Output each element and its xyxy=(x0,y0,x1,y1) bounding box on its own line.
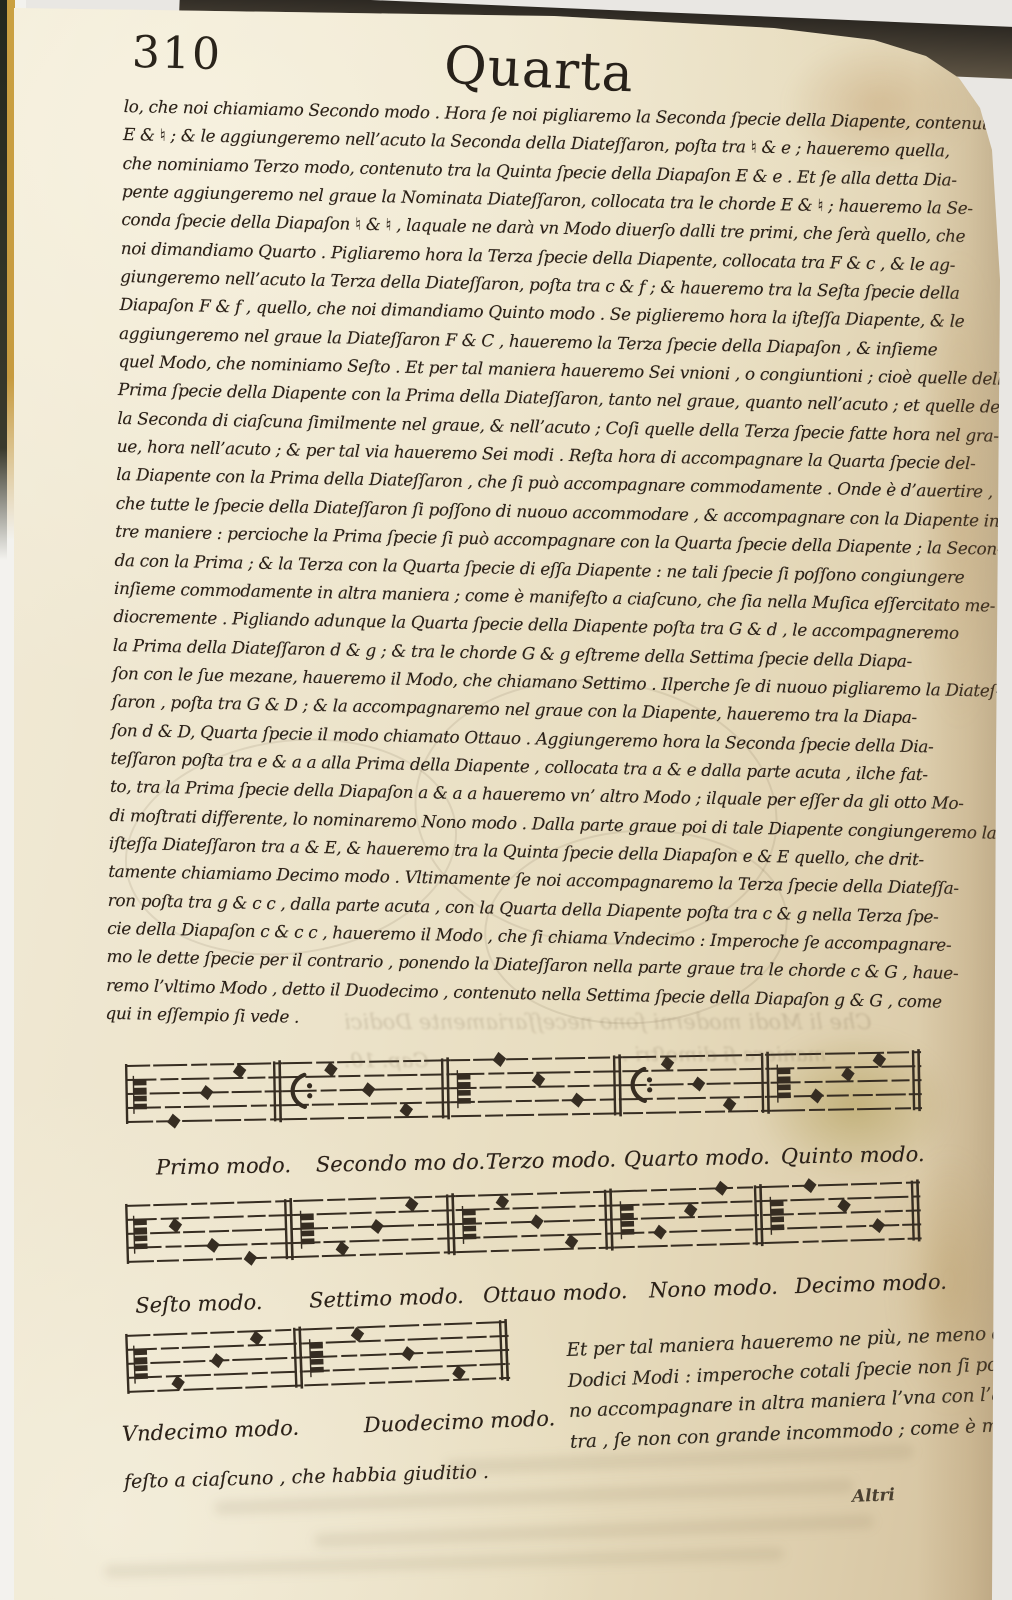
staff-segment xyxy=(126,1326,304,1394)
side-paragraph: Et per tal maniera haueremo ne più, ne m… xyxy=(566,1321,955,1458)
lozenge-note xyxy=(209,1352,225,1369)
lozenge-note xyxy=(529,1213,545,1230)
running-head: Quarta xyxy=(443,36,635,105)
gilt-page-edge xyxy=(7,0,15,540)
bleedthrough-line: Che li Modi moderni ſono neceſſariamente… xyxy=(344,1010,871,1034)
lozenge-note xyxy=(369,1218,385,1235)
bleedthrough-line: maniera ſi dimoſtri . xyxy=(622,1042,826,1066)
mode-label: Quarto modo. xyxy=(624,1145,770,1172)
mode-label: Vndecimo modo. xyxy=(122,1416,300,1446)
mode-label: Nono modo. xyxy=(649,1275,778,1303)
lozenge-note xyxy=(205,1237,221,1254)
page-number: 310 xyxy=(131,27,222,80)
mode-label: Quinto modo. xyxy=(781,1142,925,1169)
book-photo: { "page": { "number": "310", "running_he… xyxy=(0,0,1012,1600)
staff-system: Vndecimo modo.Duodecimo modo. xyxy=(124,1312,517,1408)
mode-label: Settimo modo. xyxy=(309,1284,464,1313)
lozenge-note xyxy=(652,1224,668,1241)
lozenge-note xyxy=(243,1250,259,1267)
lozenge-note xyxy=(400,1345,416,1362)
staff-system: Seſto modo.Settimo modo.Ottauo modo.Nono… xyxy=(124,1172,928,1278)
lozenge-note xyxy=(199,1084,215,1101)
mode-label: Secondo mo do. xyxy=(316,1150,486,1177)
staff-segment xyxy=(450,1049,623,1119)
lozenge-note xyxy=(691,1076,707,1093)
catchword: Altri xyxy=(852,1485,896,1507)
lozenge-note xyxy=(802,1177,818,1194)
lozenge-note xyxy=(713,1180,729,1197)
mode-label: Duodecimo modo. xyxy=(363,1406,555,1437)
lozenge-note xyxy=(492,1051,508,1068)
staff-segment xyxy=(302,1319,510,1389)
staff-segment xyxy=(763,1174,922,1246)
staff-segment xyxy=(455,1188,615,1255)
lozenge-note xyxy=(809,1087,825,1104)
lozenge-note xyxy=(564,1233,580,1250)
mode-label: Seſto modo. xyxy=(135,1290,263,1318)
mode-label: Ottauo modo. xyxy=(483,1279,628,1307)
bleedthrough-line: Cap. 10. xyxy=(344,1048,429,1072)
page-surface: 310 Quarta lo, che noi chiamiamo Secondo… xyxy=(14,0,1012,1600)
mode-label: Primo modo. xyxy=(156,1153,291,1179)
body-text: lo, che noi chiamiamo Secondo modo . Hor… xyxy=(105,92,934,1043)
lozenge-note xyxy=(871,1217,887,1234)
lozenge-note xyxy=(570,1092,586,1109)
lozenge-note xyxy=(361,1081,377,1098)
mode-label: Decimo modo. xyxy=(795,1270,948,1298)
staff-segment xyxy=(613,1179,765,1251)
staff-segment xyxy=(126,1198,295,1270)
lozenge-note xyxy=(166,1113,182,1130)
book-spine-edge xyxy=(0,0,7,560)
staff-segment xyxy=(293,1193,457,1260)
mode-label: Terzo modo. xyxy=(486,1147,617,1173)
staff-segment xyxy=(126,1060,283,1130)
closing-line: feſto a ciaſcuno , che habbia giuditio . xyxy=(124,1461,489,1493)
